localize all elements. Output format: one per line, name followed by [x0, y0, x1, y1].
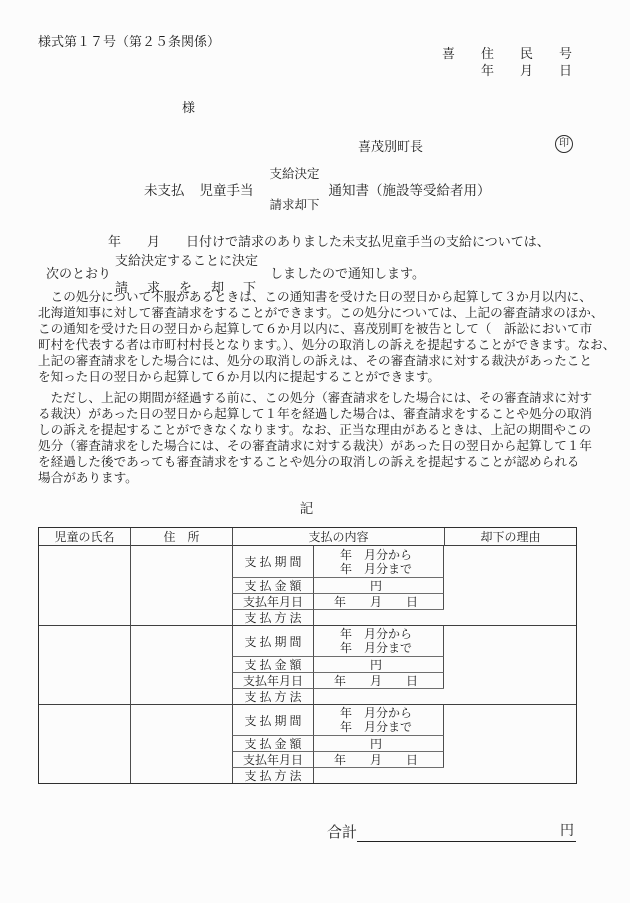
title-alternative-stack: 支給決定 請求却下 — [270, 164, 320, 213]
amount-value-cell: 円 — [313, 735, 444, 751]
seal-icon: 印 — [555, 135, 573, 153]
method-value-cell — [313, 688, 444, 704]
notice-line: 上記の審査請求をした場合には、処分の取消しの訴えは、その審査請求に対する裁決があ… — [38, 353, 594, 369]
period-from: 年 月分から — [340, 627, 412, 641]
pay-date-value-cell: 年 月 日 — [313, 672, 444, 688]
period-value-cell: 年 月分から 年 月分まで — [313, 546, 444, 577]
row-label-amount: 支 払 金 額 — [232, 577, 313, 593]
notice-line: 北海道知事に対して審査請求をすることができます。この処分については、上記の審査請… — [38, 305, 594, 321]
title-suffix: 通知書（施設等受給者用） — [329, 179, 491, 199]
address-cell — [130, 704, 232, 783]
col-header-child-name: 児童の氏名 — [39, 528, 130, 546]
section-mark: 記 — [38, 497, 575, 517]
notice-line: る裁決）があった日の翌日から起算して１年を経過した場合は、審査請求をすることや処… — [38, 406, 594, 422]
col-header-rejection-reason: 却下の理由 — [444, 528, 576, 546]
address-cell — [130, 546, 232, 625]
amount-value-cell: 円 — [313, 577, 444, 593]
document-page: 様式第１７号（第２５条関係） 喜 住 民 号 年 月 日 様 喜茂別町長 印 未… — [0, 0, 630, 903]
row-label-amount: 支 払 金 額 — [232, 735, 313, 751]
method-value-cell — [313, 767, 444, 783]
total-line: 合計 円 — [327, 820, 576, 842]
notice-line: この通知を受けた日の翌日から起算して６か月以内に、喜茂別町を被告として（ 訴訟に… — [38, 321, 594, 337]
period-from: 年 月分から — [340, 548, 412, 562]
row-label-pay-date: 支払年月日 — [232, 593, 313, 609]
child-name-cell — [39, 704, 130, 783]
pay-date-value-cell: 年 月 日 — [313, 593, 444, 609]
title-stack-bottom: 請求却下 — [270, 195, 320, 213]
rejection-reason-cell — [444, 704, 576, 783]
pay-date-value-cell: 年 月 日 — [313, 751, 444, 767]
child-name-cell — [39, 546, 130, 625]
col-header-payment-details: 支払の内容 — [232, 528, 444, 546]
amount-value-cell: 円 — [313, 656, 444, 672]
doc-date-line: 年 月 日 — [481, 60, 572, 79]
notice-line: しの訴えを提起することができなくなります。なお、正当な理由があるときは、上記の期… — [38, 422, 594, 438]
notice-line: を知った日の翌日から起算して６か月以内に提起することができます。 — [38, 369, 594, 385]
notice-line: ただし、上記の期間が経過する前に、この処分（審査請求をした場合には、その審査請求… — [38, 390, 594, 406]
title-subject: 児童手当 — [200, 179, 254, 199]
method-value-cell — [313, 609, 444, 625]
notice-line: 町村を代表する者は市町村村長となります。）、処分の取消しの訴えを提起することがで… — [38, 337, 594, 353]
period-from: 年 月分から — [340, 706, 412, 720]
row-label-pay-date: 支払年月日 — [232, 672, 313, 688]
appeal-notice-text: この処分について不服があるときは、この通知書を受けた日の翌日から起算して３か月以… — [38, 289, 594, 486]
period-to: 年 月分まで — [340, 641, 412, 655]
notice-line: 処分（審査請求をした場合には、その審査請求に対する裁決）があった日の翌日から起算… — [38, 438, 594, 454]
rejection-reason-cell — [444, 625, 576, 704]
row-label-period: 支 払 期 間 — [232, 546, 313, 577]
rejection-reason-cell — [444, 546, 576, 625]
title-prefix: 未支払 — [144, 179, 185, 199]
child-name-cell — [39, 625, 130, 704]
decision-suffix: しましたので通知します。 — [270, 263, 425, 282]
row-label-method: 支 払 方 法 — [232, 767, 313, 783]
row-label-period: 支 払 期 間 — [232, 625, 313, 656]
total-fill-line: 円 — [357, 820, 576, 842]
period-value-cell: 年 月分から 年 月分まで — [313, 625, 444, 656]
total-label: 合計 — [327, 821, 357, 842]
decision-option-approve: 支給決定することに決定 — [115, 250, 258, 269]
notice-line: 場合があります。 — [38, 470, 594, 486]
row-label-amount: 支 払 金 額 — [232, 656, 313, 672]
payment-table: 児童の氏名 住 所 支払の内容 却下の理由 支 払 期 間 年 月分から 年 月… — [38, 527, 577, 784]
col-header-address: 住 所 — [130, 528, 232, 546]
total-unit: 円 — [560, 824, 574, 839]
row-label-period: 支 払 期 間 — [232, 704, 313, 735]
address-cell — [130, 625, 232, 704]
form-number: 様式第１７号（第２５条関係） — [38, 31, 220, 50]
issuer-title: 喜茂別町長 — [358, 136, 423, 155]
period-to: 年 月分まで — [340, 562, 412, 576]
decision-prefix: 次のとおり — [46, 263, 111, 282]
period-value-cell: 年 月分から 年 月分まで — [313, 704, 444, 735]
row-label-pay-date: 支払年月日 — [232, 751, 313, 767]
notice-line: この処分について不服があるときは、この通知書を受けた日の翌日から起算して３か月以… — [38, 289, 594, 305]
row-label-method: 支 払 方 法 — [232, 688, 313, 704]
notice-line: を経過した後であっても審査請求をすることや処分の取消しの訴えを提起することが認め… — [38, 454, 594, 470]
row-label-method: 支 払 方 法 — [232, 609, 313, 625]
addressee-suffix: 様 — [182, 97, 195, 116]
period-to: 年 月分まで — [340, 720, 412, 734]
document-title: 未支払 児童手当 支給決定 請求却下 通知書（施設等受給者用） — [144, 164, 491, 213]
title-stack-top: 支給決定 — [270, 164, 320, 182]
